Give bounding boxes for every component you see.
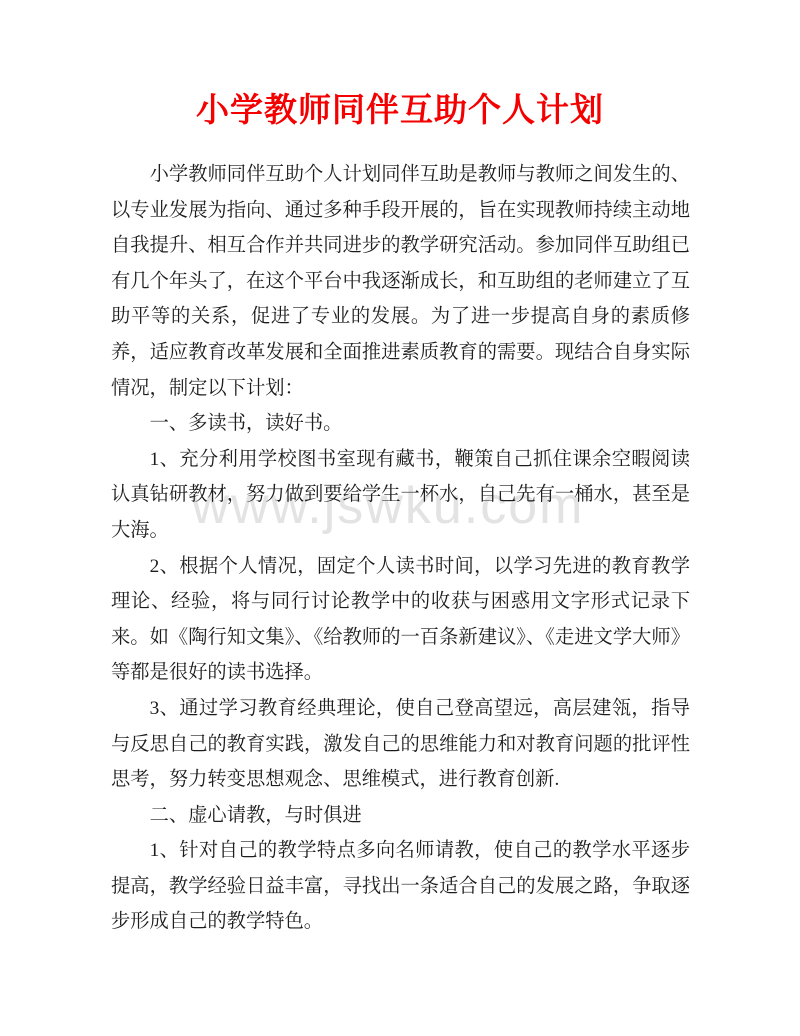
document-body: 小学教师同伴互助个人计划同伴互助是教师与教师之间发生的、以专业发展为指向、通过多… — [111, 157, 690, 940]
paragraph-section1-item3: 3、通过学习教育经典理论，使自己登高望远，高层建瓴，指导与反思自己的教育实践，激… — [111, 691, 690, 798]
page-title: 小学教师同伴互助个人计划 — [0, 88, 800, 134]
document-page: www.jswku.com 小学教师同伴互助个人计划 小学教师同伴互助个人计划同… — [0, 0, 800, 1036]
paragraph-section1-item2: 2、根据个人情况，固定个人读书时间，以学习先进的教育教学理论、经验，将与同行讨论… — [111, 549, 690, 691]
section-heading-2: 二、虚心请教，与时俱进 — [111, 798, 690, 834]
paragraph-intro: 小学教师同伴互助个人计划同伴互助是教师与教师之间发生的、以专业发展为指向、通过多… — [111, 157, 690, 406]
paragraph-section2-item1: 1、针对自己的教学特点多向名师请教，使自己的教学水平逐步提高，教学经验日益丰富，… — [111, 833, 690, 940]
section-heading-1: 一、多读书，读好书。 — [111, 406, 690, 442]
paragraph-section1-item1: 1、充分利用学校图书室现有藏书，鞭策自己抓住课余空暇阅读认真钻研教材，努力做到要… — [111, 442, 690, 549]
